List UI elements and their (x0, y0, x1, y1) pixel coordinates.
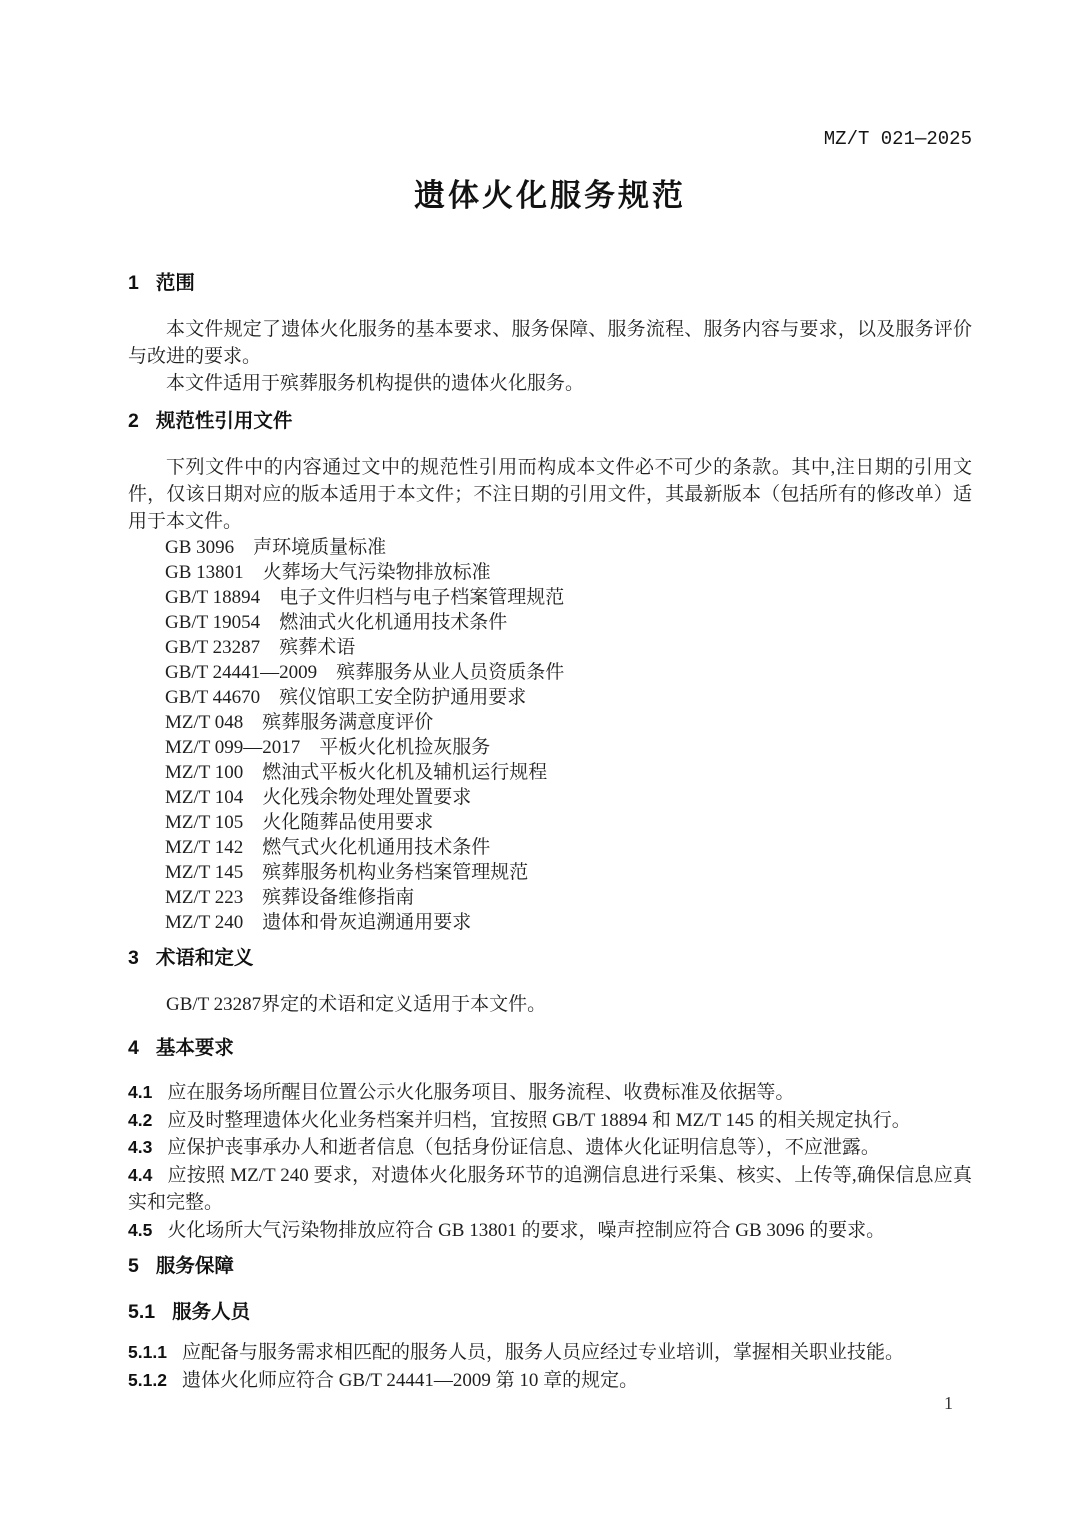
reference-code: MZ/T 142 (165, 835, 243, 860)
reference-code: MZ/T 105 (165, 810, 243, 835)
section-2-intro: 下列文件中的内容通过文中的规范性引用而构成本文件必不可少的条款。其中,注日期的引… (128, 454, 972, 535)
reference-code: GB/T 19054 (165, 610, 260, 635)
reference-code: GB/T 24441—2009 (165, 660, 317, 685)
section-1-body: 本文件规定了遗体火化服务的基本要求、服务保障、服务流程、服务内容与要求，以及服务… (128, 316, 972, 397)
section-1-number: 1 (128, 270, 139, 296)
section-3-title: 术语和定义 (156, 947, 254, 969)
reference-code: MZ/T 240 (165, 910, 243, 935)
reference-title: 殡葬服务机构业务档案管理规范 (262, 862, 528, 883)
clause: 5.1.2遗体火化师应符合 GB/T 24441—2009 第 10 章的规定。 (128, 1367, 972, 1395)
section-5-1-title: 服务人员 (172, 1301, 250, 1323)
reference-item: MZ/T 223殡葬设备维修指南 (128, 885, 972, 910)
clause: 4.1应在服务场所醒目位置公示火化服务项目、服务流程、收费标准及依据等。 (128, 1079, 972, 1107)
reference-code: MZ/T 100 (165, 760, 243, 785)
reference-code: GB 13801 (165, 560, 244, 585)
clause: 4.4应按照 MZ/T 240 要求，对遗体火化服务环节的追溯信息进行采集、核实… (128, 1162, 972, 1217)
section-3-body: GB/T 23287界定的术语和定义适用于本文件。 (128, 991, 972, 1018)
reference-title: 电子文件归档与电子档案管理规范 (279, 587, 564, 608)
section-4-title: 基本要求 (156, 1037, 234, 1059)
clause-number: 4.5 (128, 1217, 152, 1245)
reference-code: GB 3096 (165, 535, 234, 560)
document-page: MZ/T 021—2025 遗体火化服务规范 1范围 本文件规定了遗体火化服务的… (0, 0, 1074, 1520)
section-5-1-number: 5.1 (128, 1299, 155, 1325)
reference-title: 殡葬设备维修指南 (262, 887, 414, 908)
reference-code: MZ/T 223 (165, 885, 243, 910)
clause-text: 应保护丧事承办人和逝者信息（包括身份证信息、遗体火化证明信息等），不应泄露。 (167, 1137, 880, 1158)
reference-code: MZ/T 048 (165, 710, 243, 735)
reference-item: MZ/T 104火化残余物处理处置要求 (128, 785, 972, 810)
section-4-heading: 4基本要求 (128, 1035, 972, 1061)
clause-number: 4.3 (128, 1134, 152, 1162)
clause: 4.5火化场所大气污染物排放应符合 GB 13801 的要求，噪声控制应符合 G… (128, 1217, 972, 1245)
section-2-heading: 2规范性引用文件 (128, 408, 972, 434)
reference-item: MZ/T 099—2017平板火化机捡灰服务 (128, 735, 972, 760)
clause-number: 4.2 (128, 1107, 152, 1135)
reference-code: GB/T 23287 (165, 635, 260, 660)
clause: 4.3应保护丧事承办人和逝者信息（包括身份证信息、遗体火化证明信息等），不应泄露… (128, 1134, 972, 1162)
standard-code: MZ/T 021—2025 (128, 128, 972, 150)
section-2-number: 2 (128, 408, 139, 434)
reference-item: MZ/T 048殡葬服务满意度评价 (128, 710, 972, 735)
clause-text: 应按照 MZ/T 240 要求，对遗体火化服务环节的追溯信息进行采集、核实、上传… (128, 1165, 972, 1214)
reference-title: 燃气式火化机通用技术条件 (262, 837, 490, 858)
section-1-title: 范围 (156, 272, 195, 294)
reference-title: 火葬场大气污染物排放标准 (263, 562, 491, 583)
page-number: 1 (944, 1393, 953, 1414)
reference-title: 燃油式火化机通用技术条件 (279, 612, 507, 633)
reference-item: MZ/T 240遗体和骨灰追溯通用要求 (128, 910, 972, 935)
section-5-1-heading: 5.1服务人员 (128, 1299, 972, 1325)
clause-number: 4.4 (128, 1162, 152, 1190)
reference-title: 殡葬服务满意度评价 (262, 712, 433, 733)
clause-text: 应及时整理遗体火化业务档案并归档，宜按照 GB/T 18894 和 MZ/T 1… (167, 1110, 910, 1131)
clause-number: 5.1.1 (128, 1339, 167, 1367)
reference-title: 火化残余物处理处置要求 (262, 787, 471, 808)
section-5-title: 服务保障 (156, 1255, 234, 1277)
clause-text: 应配备与服务需求相匹配的服务人员，服务人员应经过专业培训，掌握相关职业技能。 (182, 1342, 904, 1363)
reference-item: GB/T 23287殡葬术语 (128, 635, 972, 660)
reference-item: MZ/T 105火化随葬品使用要求 (128, 810, 972, 835)
document-title: 遗体火化服务规范 (128, 178, 972, 214)
section-2-title: 规范性引用文件 (156, 410, 293, 432)
clause-number: 5.1.2 (128, 1367, 167, 1395)
section-3-heading: 3术语和定义 (128, 945, 972, 971)
clause-text: 遗体火化师应符合 GB/T 24441—2009 第 10 章的规定。 (182, 1370, 638, 1391)
section-4-number: 4 (128, 1035, 139, 1061)
section-3-number: 3 (128, 945, 139, 971)
reference-code: GB/T 44670 (165, 685, 260, 710)
clause-text: 火化场所大气污染物排放应符合 GB 13801 的要求，噪声控制应符合 GB 3… (167, 1220, 885, 1241)
reference-title: 殡葬术语 (279, 637, 355, 658)
reference-item: MZ/T 100燃油式平板火化机及辅机运行规程 (128, 760, 972, 785)
reference-item: MZ/T 142燃气式火化机通用技术条件 (128, 835, 972, 860)
reference-title: 火化随葬品使用要求 (262, 812, 433, 833)
clause-number: 4.1 (128, 1079, 152, 1107)
reference-title: 殡仪馆职工安全防护通用要求 (279, 687, 526, 708)
reference-item: GB/T 44670殡仪馆职工安全防护通用要求 (128, 685, 972, 710)
section-1-paragraph: 本文件适用于殡葬服务机构提供的遗体火化服务。 (128, 370, 972, 397)
section-5-number: 5 (128, 1253, 139, 1279)
section-2-body: 下列文件中的内容通过文中的规范性引用而构成本文件必不可少的条款。其中,注日期的引… (128, 454, 972, 935)
reference-code: MZ/T 104 (165, 785, 243, 810)
reference-item: GB/T 24441—2009殡葬服务从业人员资质条件 (128, 660, 972, 685)
clause-text: 应在服务场所醒目位置公示火化服务项目、服务流程、收费标准及依据等。 (167, 1082, 794, 1103)
reference-title: 燃油式平板火化机及辅机运行规程 (262, 762, 547, 783)
reference-title: 遗体和骨灰追溯通用要求 (262, 912, 471, 933)
section-5-heading: 5服务保障 (128, 1253, 972, 1279)
section-1-paragraph: 本文件规定了遗体火化服务的基本要求、服务保障、服务流程、服务内容与要求，以及服务… (128, 316, 972, 370)
reference-item: GB/T 18894电子文件归档与电子档案管理规范 (128, 585, 972, 610)
reference-code: MZ/T 099—2017 (165, 735, 300, 760)
clause: 4.2应及时整理遗体火化业务档案并归档，宜按照 GB/T 18894 和 MZ/… (128, 1107, 972, 1135)
reference-item: MZ/T 145殡葬服务机构业务档案管理规范 (128, 860, 972, 885)
clause: 5.1.1应配备与服务需求相匹配的服务人员，服务人员应经过专业培训，掌握相关职业… (128, 1339, 972, 1367)
section-4-clauses: 4.1应在服务场所醒目位置公示火化服务项目、服务流程、收费标准及依据等。 4.2… (128, 1079, 972, 1244)
reference-title: 声环境质量标准 (253, 537, 386, 558)
reference-title: 平板火化机捡灰服务 (319, 737, 490, 758)
section-1-heading: 1范围 (128, 270, 972, 296)
section-3-paragraph: GB/T 23287界定的术语和定义适用于本文件。 (128, 991, 972, 1018)
reference-title: 殡葬服务从业人员资质条件 (336, 662, 564, 683)
normative-references-list: GB 3096声环境质量标准 GB 13801火葬场大气污染物排放标准 GB/T… (128, 535, 972, 935)
reference-item: GB 3096声环境质量标准 (128, 535, 972, 560)
reference-item: GB/T 19054燃油式火化机通用技术条件 (128, 610, 972, 635)
section-5-1-clauses: 5.1.1应配备与服务需求相匹配的服务人员，服务人员应经过专业培训，掌握相关职业… (128, 1339, 972, 1394)
reference-code: GB/T 18894 (165, 585, 260, 610)
reference-item: GB 13801火葬场大气污染物排放标准 (128, 560, 972, 585)
reference-code: MZ/T 145 (165, 860, 243, 885)
